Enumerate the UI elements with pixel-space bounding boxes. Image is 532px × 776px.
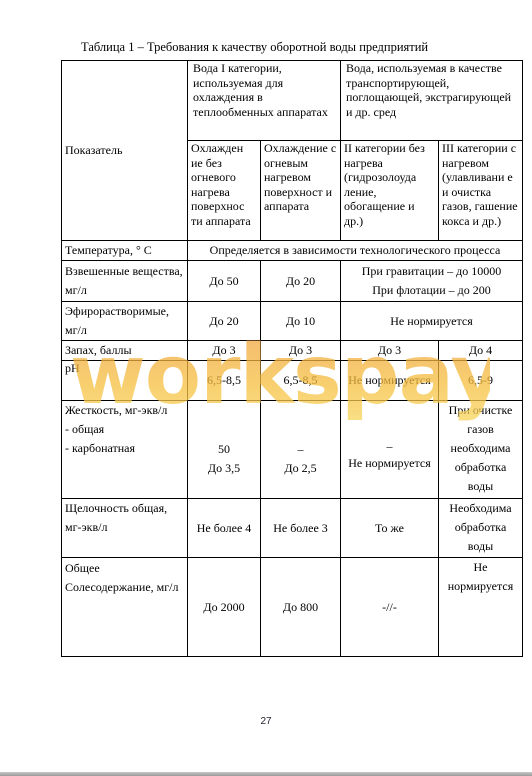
cell-line: При флотации – до 200 xyxy=(344,281,519,300)
cell: До 800 xyxy=(261,558,341,657)
cell: – Не нормируется xyxy=(341,401,439,499)
cell-line: – xyxy=(344,438,435,455)
header-sub-4: III категории с нагревом (улавливани е и… xyxy=(439,141,523,241)
cell-line: – xyxy=(264,440,337,459)
cell: 6,5-8,5 xyxy=(188,361,261,401)
table-row: Температура, ° С Определяется в зависимо… xyxy=(62,241,523,261)
cell: До 50 xyxy=(188,261,261,302)
cell: 50 До 3,5 xyxy=(188,401,261,499)
row-label: Общее Солесодержание, мг/л xyxy=(62,558,188,657)
cell-line: До 3,5 xyxy=(191,459,257,478)
row-label: Эфирорастворимые, мг/л xyxy=(62,302,188,341)
page-number: 27 xyxy=(0,716,532,727)
cell: Не более 4 xyxy=(188,499,261,558)
table-row: рН 6,5-8,5 6,5-8,5 Не нормируется 6,5-9 xyxy=(62,361,523,401)
table-row: Общее Солесодержание, мг/л До 2000 До 80… xyxy=(62,558,523,657)
table-row: Взвешенные вещества, мг/л До 50 До 20 Пр… xyxy=(62,261,523,302)
row-value: Определяется в зависимости технологическ… xyxy=(188,241,523,261)
cell: То же xyxy=(341,499,439,558)
cell: До 3 xyxy=(188,341,261,361)
cell: До 3 xyxy=(261,341,341,361)
cell: До 4 xyxy=(439,341,523,361)
cell-line: До 2,5 xyxy=(264,459,337,478)
cell: Не нормируется xyxy=(439,558,523,657)
cell: До 10 xyxy=(261,302,341,341)
cell: Не более 3 xyxy=(261,499,341,558)
cell-line: При гравитации – до 10000 xyxy=(344,262,519,281)
table-caption: Таблица 1 – Требования к качеству оборот… xyxy=(81,40,428,55)
table-row: Щелочность общая, мг-экв/л Не более 4 Не… xyxy=(62,499,523,558)
row-label: Запах, баллы xyxy=(62,341,188,361)
header-sub-3: II категории без нагрева (гидрозолоуда л… xyxy=(341,141,439,241)
cell: При гравитации – до 10000 При флотации –… xyxy=(341,261,523,302)
cell: 6,5-9 xyxy=(439,361,523,401)
cell: – До 2,5 xyxy=(261,401,341,499)
table-row: Жесткость, мг-экв/л - общая - карбонатна… xyxy=(62,401,523,499)
cell: Не нормируется xyxy=(341,302,523,341)
label-line: Жесткость, мг-экв/л xyxy=(65,401,184,420)
cell: 6,5-8,5 xyxy=(261,361,341,401)
cell: До 20 xyxy=(188,302,261,341)
cell: До 2000 xyxy=(188,558,261,657)
header-indicator: Показатель xyxy=(62,61,188,241)
row-label: Взвешенные вещества, мг/л xyxy=(62,261,188,302)
table-row: Запах, баллы До 3 До 3 До 3 До 4 xyxy=(62,341,523,361)
cell: Необходима обработка воды xyxy=(439,499,523,558)
viewer-bottom-edge xyxy=(0,772,532,776)
cell-line: Не нормируется xyxy=(344,455,435,472)
cell: -//- xyxy=(341,558,439,657)
cell: При очистке газов необходима обработка в… xyxy=(439,401,523,499)
cell-line: 50 xyxy=(191,440,257,459)
cell: Не нормируется xyxy=(341,361,439,401)
table-row: Эфирорастворимые, мг/л До 20 До 10 Не но… xyxy=(62,302,523,341)
row-label: Щелочность общая, мг-экв/л xyxy=(62,499,188,558)
label-line: - общая xyxy=(65,420,184,439)
row-label: Температура, ° С xyxy=(62,241,188,261)
header-group-transport: Вода, используемая в качестве транспорти… xyxy=(341,61,523,141)
cell: До 20 xyxy=(261,261,341,302)
row-label: рН xyxy=(62,361,188,401)
row-label: Жесткость, мг-экв/л - общая - карбонатна… xyxy=(62,401,188,499)
header-row-groups: Показатель Вода I категории, используема… xyxy=(62,61,523,141)
header-sub-1: Охлажден ие без огневого нагрева поверхн… xyxy=(188,141,261,241)
label-line: - карбонатная xyxy=(65,439,184,458)
header-group-category-1: Вода I категории, используемая для охлаж… xyxy=(188,61,341,141)
water-quality-table: Показатель Вода I категории, используема… xyxy=(61,60,523,657)
header-sub-2: Охлаждение с огневым нагревом поверхност… xyxy=(261,141,341,241)
cell: До 3 xyxy=(341,341,439,361)
